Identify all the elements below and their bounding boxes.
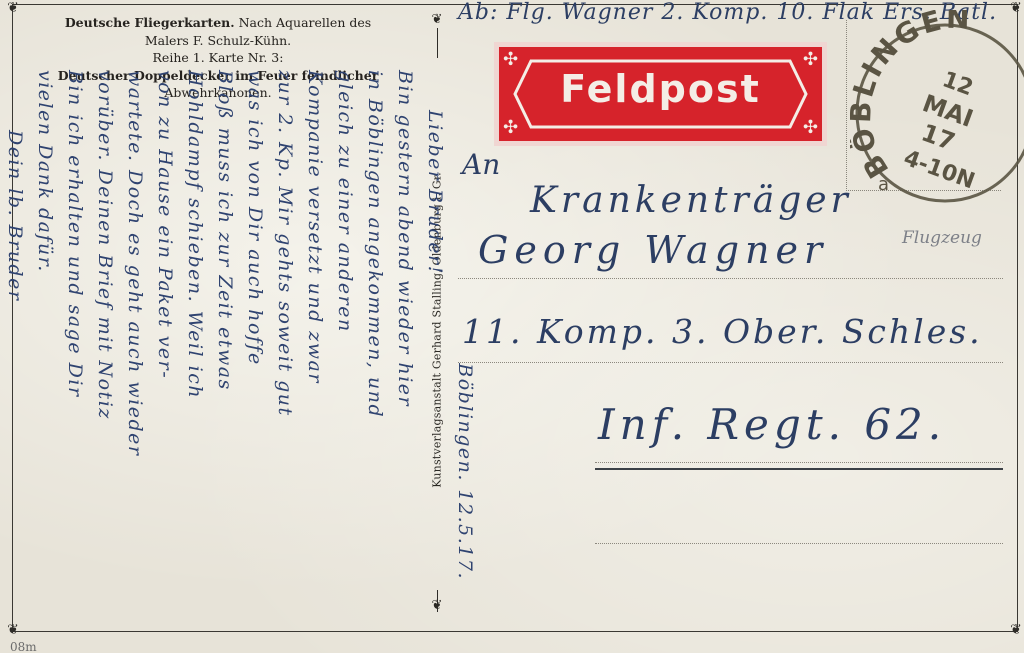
label-ornament-icon: ✣: [503, 51, 518, 69]
caption-subtitle: Nach Aquarellen des: [239, 15, 372, 30]
postmark-letter: a: [878, 174, 889, 195]
corner-ornament-icon: ❦: [5, 0, 21, 16]
label-ornament-icon: ✣: [503, 119, 518, 137]
message-line: zur 2. Kp. Mir gehts soweit gut: [270, 70, 300, 590]
message-closing: Dein lb. Bruder: [0, 70, 30, 590]
message-line: vorüber. Deinen Brief mit Notiz: [90, 70, 120, 590]
address-dotted-line: [595, 543, 1003, 544]
label-text: Feldpost: [499, 69, 822, 109]
divider-top-ornament-icon: ❦: [429, 12, 445, 27]
label-ornament-icon: ✣: [803, 119, 818, 137]
address-underline: [595, 468, 1003, 470]
handwritten-message: Böblingen. 12.5.17. Lieber Bruder! Bin g…: [0, 70, 480, 590]
bottom-pencil-note: 08m: [10, 640, 37, 653]
message-line: Bin gestern abend wieder hier: [390, 70, 420, 590]
postmark-time: 4-10N: [900, 146, 978, 195]
postcard: ❦ ❦ ❦ ❦ Deutsche Fliegerkarten. Nach Aqu…: [0, 0, 1024, 653]
address-line-1: Krankenträger: [530, 180, 852, 221]
message-line: von zu Hause ein Paket ver-: [150, 70, 180, 590]
message-line: Bloß muss ich zur Zeit etwas: [210, 70, 240, 590]
message-salutation: Lieber Bruder!: [420, 70, 450, 590]
address-line-4: Inf. Regt. 62.: [598, 400, 946, 449]
address-dotted-line: [458, 362, 1003, 363]
message-line: Bin ich erhalten und sage Dir: [60, 70, 90, 590]
pencil-note: Flugzeug: [902, 228, 982, 248]
message-line: vielen Dank dafür.: [30, 70, 60, 590]
message-line: Hohldampf schieben. Weil ich: [180, 70, 210, 590]
caption-title: Deutsche Fliegerkarten.: [65, 15, 235, 30]
postmark-icon: BÖBLINGEN 12 MAI 17 4-10N a: [850, 10, 1024, 210]
caption-artist: Malers F. Schulz-Kühn.: [38, 32, 398, 50]
address-line-3: 11. Komp. 3. Ober. Schles.: [462, 312, 983, 351]
caption-series: Reihe 1. Karte Nr. 3:: [38, 49, 398, 67]
label-ornament-icon: ✣: [803, 51, 818, 69]
message-line: wartete. Doch es geht auch wieder: [120, 70, 150, 590]
message-line: in Böblingen angekommen, und: [360, 70, 390, 590]
message-line: Kompanie versetzt und zwar: [300, 70, 330, 590]
address-dotted-line: [458, 278, 1003, 279]
message-line: was ich von Dir auch hoffe: [240, 70, 270, 590]
feldpost-label: ✣ ✣ ✣ ✣ Feldpost: [494, 42, 827, 146]
divider-line-top: [437, 28, 438, 58]
corner-ornament-icon: ❦: [1008, 622, 1024, 638]
divider-bottom-ornament-icon: ❦: [429, 598, 445, 613]
address-dotted-line: [595, 462, 1003, 463]
address-line-2: Georg Wagner: [478, 228, 828, 272]
message-line: gleich zu einer anderen: [330, 70, 360, 590]
address-prefix: An: [462, 148, 500, 181]
corner-ornament-icon: ❦: [5, 622, 21, 638]
